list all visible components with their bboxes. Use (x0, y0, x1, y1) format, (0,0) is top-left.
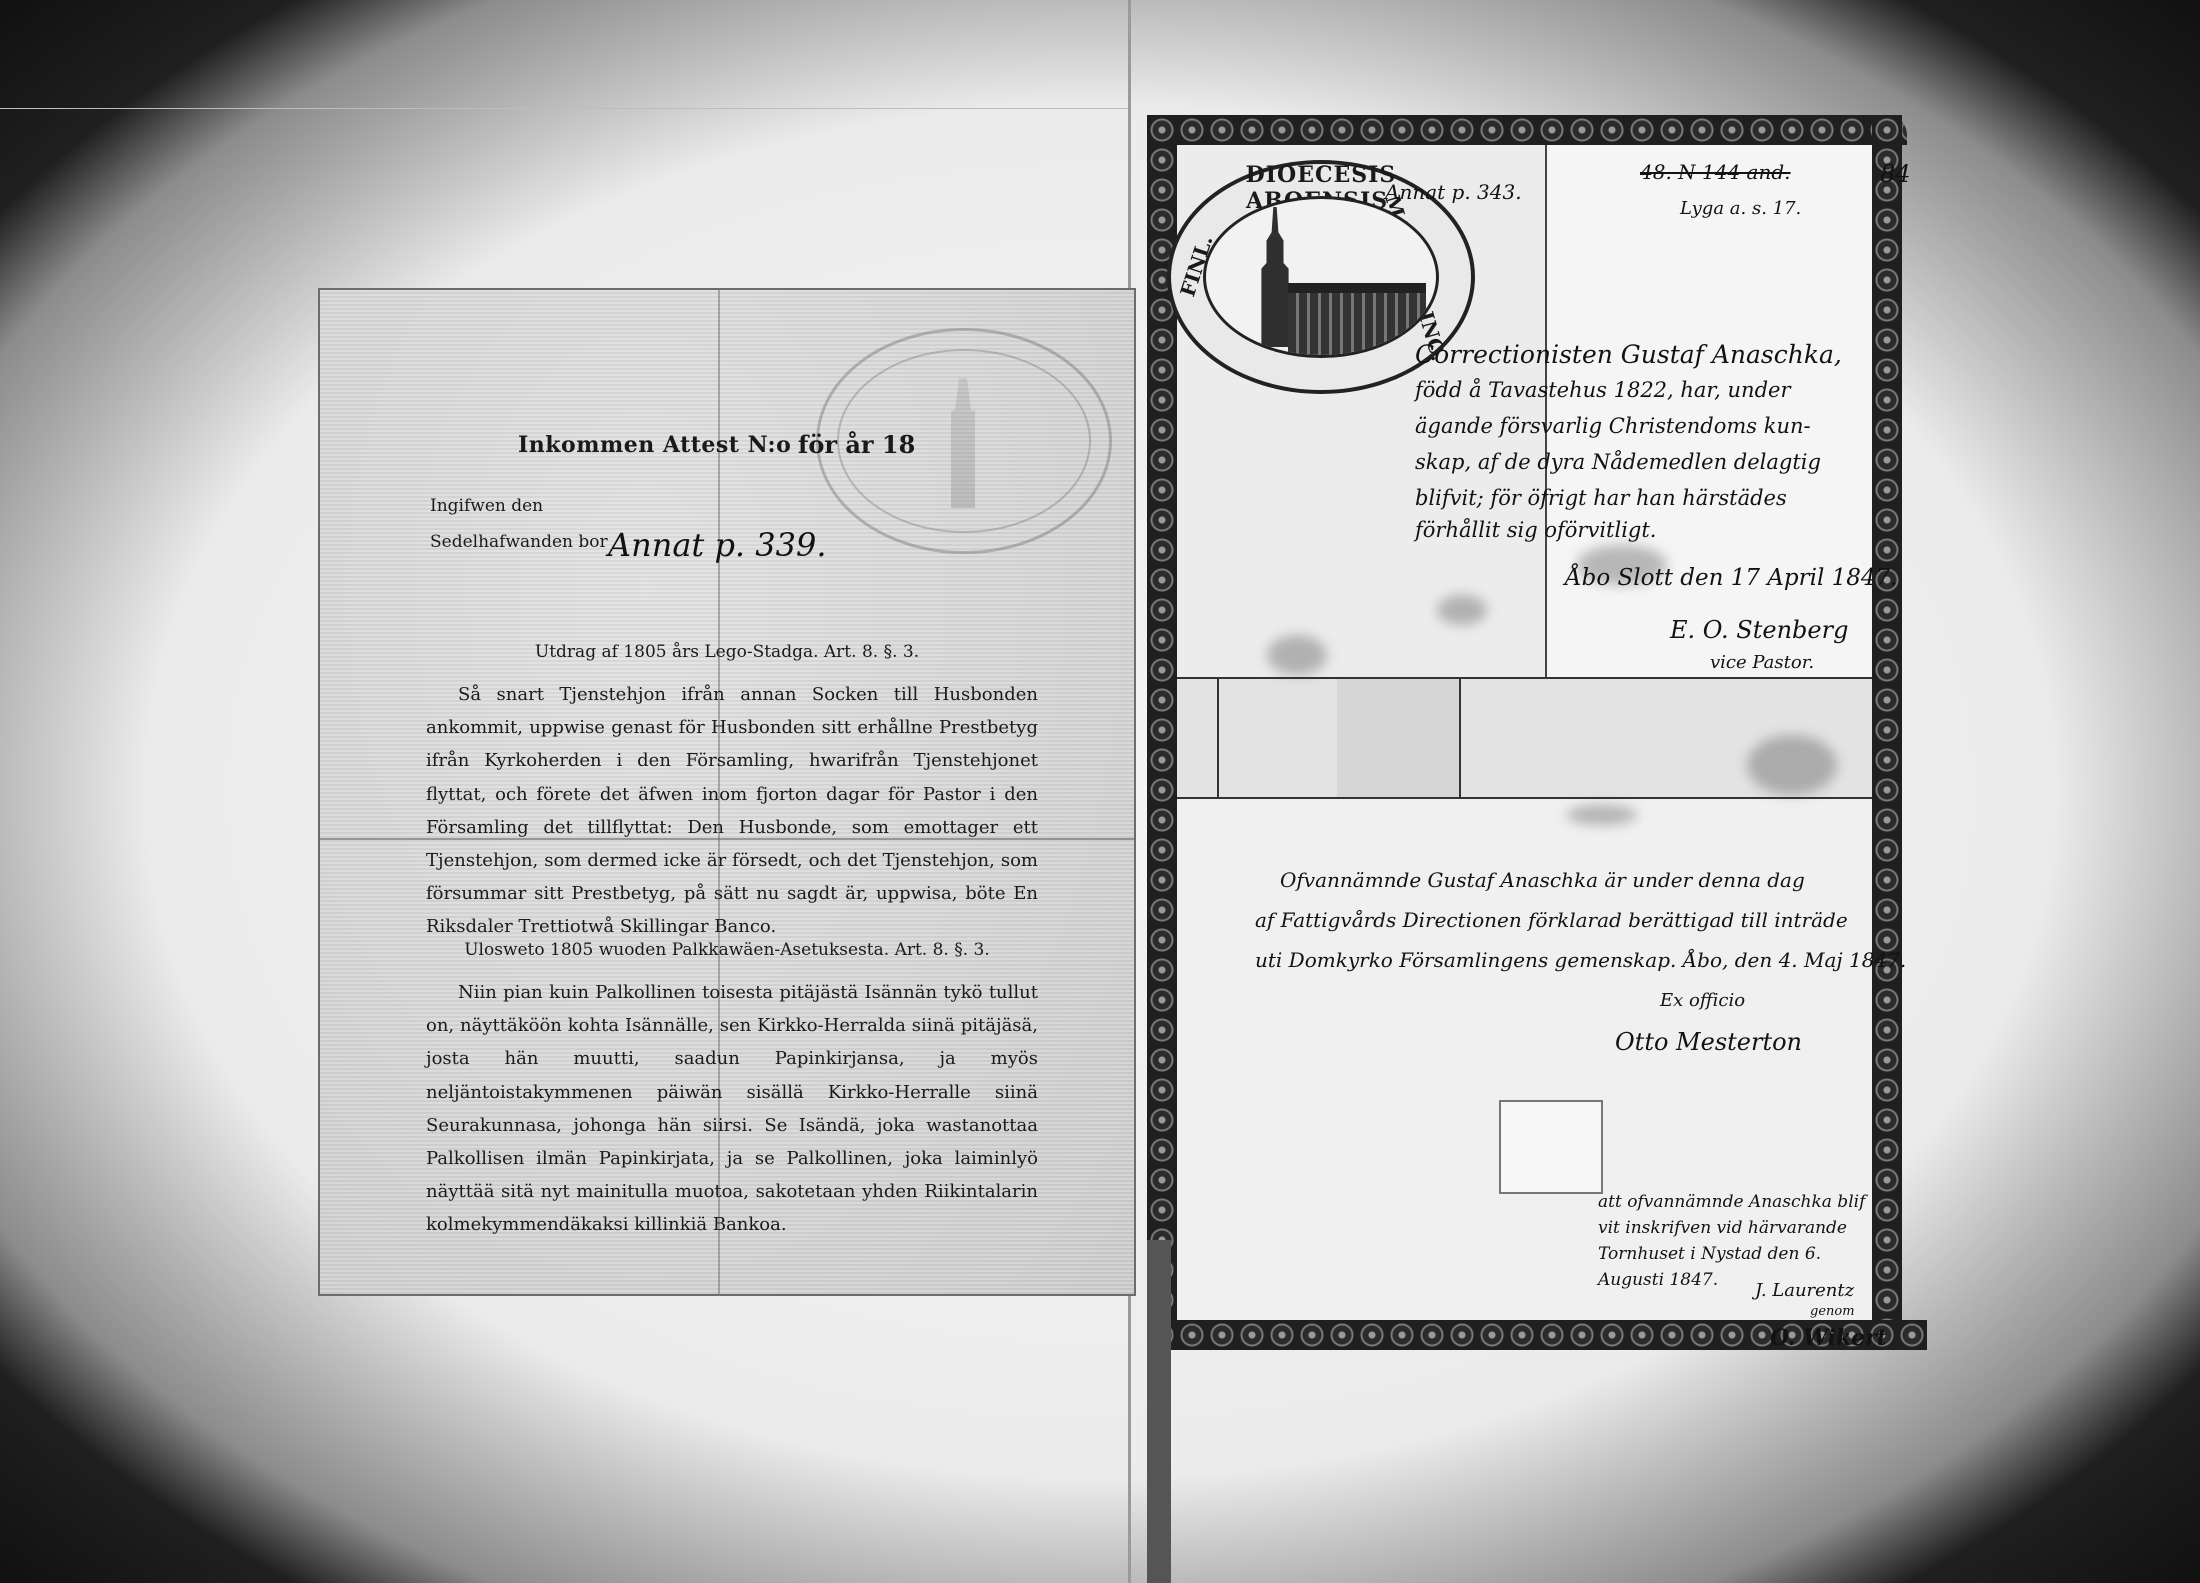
certificate-line: blifvit; för öfrigt har han härstädes (1415, 486, 1787, 510)
church-nave-icon (1288, 283, 1426, 358)
note-below-reference: Lyga a. s. 17. (1680, 198, 1801, 219)
field-label-sedelhafwanden: Sedelhafwanden bor (430, 532, 608, 552)
water-stain (1267, 635, 1327, 675)
transfer-line: af Fattigvårds Directionen förklarad ber… (1255, 908, 1848, 932)
church-tower-icon (1258, 207, 1292, 347)
reference-note: Annat p. 343. (1385, 180, 1522, 204)
ex-officio: Ex officio (1660, 990, 1745, 1011)
swedish-law-heading: Utdrag af 1805 års Lego-Stadga. Art. 8. … (318, 642, 1136, 662)
certificate-line: född å Tavastehus 1822, har, under (1415, 378, 1790, 402)
ruled-line (0, 108, 1128, 109)
signature-title: vice Pastor. (1710, 652, 1814, 673)
certificate-line: ägande försvarlig Christendoms kun- (1415, 414, 1811, 438)
certificate-line: förhållit sig oförvitligt. (1415, 518, 1656, 542)
page-number: 84 (1880, 160, 1911, 188)
prison-note-line: Augusti 1847. (1598, 1270, 1718, 1290)
certificate-date: Åbo Slott den 17 April 1847. (1565, 565, 1897, 591)
binding-spine (1147, 1240, 1171, 1583)
transfer-line: Ofvannämnde Gustaf Anaschka är under den… (1280, 868, 1805, 892)
field-value-residence: Annat p. 339. (608, 526, 827, 564)
water-stain (1437, 595, 1487, 625)
ornamental-border-top (1147, 115, 1907, 145)
certificate-line: skap, af de dyra Nådemedlen delagtig (1415, 450, 1821, 474)
finnish-law-heading: Ulosweto 1805 wuoden Palkkawäen-Asetukse… (318, 940, 1136, 960)
prison-note-line: vit inskrifven vid härvarande (1598, 1218, 1847, 1238)
form-title: Inkommen Attest N:o (518, 432, 791, 458)
ornamental-border-right (1872, 115, 1902, 1350)
strip-segment (1337, 679, 1461, 797)
water-stain (1747, 735, 1837, 795)
strip-segment (1177, 679, 1219, 797)
printed-attest-form: Inkommen Attest N:o för år 18 Ingifwen d… (318, 288, 1136, 1296)
signature-wikert: O. Wikert (1770, 1325, 1887, 1351)
transfer-line: uti Domkyrko Församlingens gemenskap. Åb… (1255, 948, 1906, 972)
strip-segment (1217, 679, 1339, 797)
struck-reference: 48. N 144 and. (1640, 160, 1791, 184)
form-year: för år 18 (798, 430, 915, 459)
seal-image-area (1203, 196, 1439, 358)
prison-note-line: Tornhuset i Nystad den 6. (1598, 1244, 1821, 1264)
swedish-law-text: Så snart Tjenstehjon ifrån annan Socken … (426, 678, 1038, 944)
signature-stenberg: E. O. Stenberg (1670, 616, 1848, 644)
signature-joiner: genom (1810, 1304, 1855, 1319)
paper-patch (1499, 1100, 1603, 1194)
signature-mesterton: Otto Mesterton (1615, 1028, 1802, 1056)
signature-laurentz: J. Laurentz (1755, 1280, 1854, 1301)
certificate-line: Correctionisten Gustaf Anaschka, (1415, 340, 1842, 369)
water-stain (1567, 805, 1637, 825)
field-label-ingifwen: Ingifwen den (430, 496, 543, 516)
finnish-law-text: Niin pian kuin Palkollinen toisesta pitä… (426, 976, 1038, 1242)
prison-note-line: att ofvannämnde Anaschka blif (1598, 1192, 1865, 1212)
